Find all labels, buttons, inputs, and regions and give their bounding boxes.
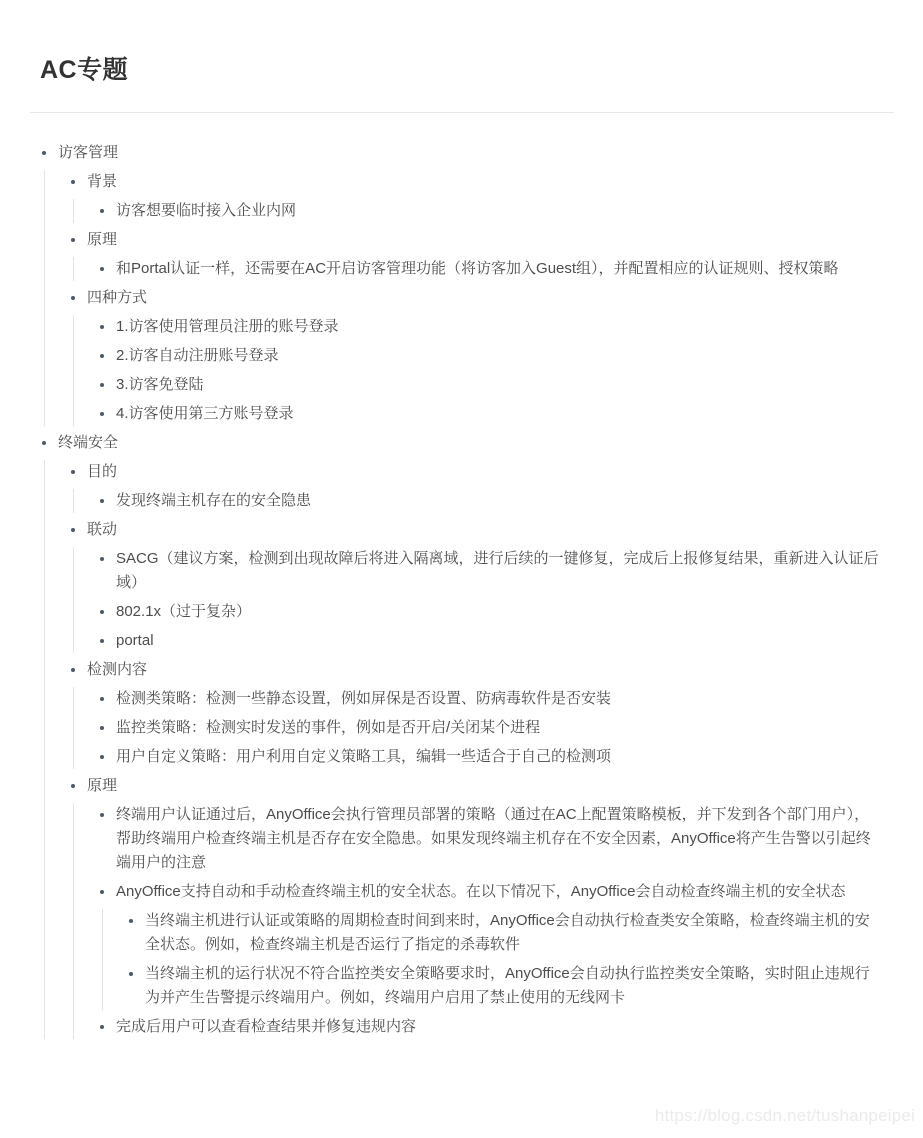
list-item: 802.1x（过于复杂） <box>99 600 883 624</box>
list-item-text: 2.访客自动注册账号登录 <box>116 347 279 364</box>
list-item: 和Portal认证一样，还需要在AC开启访客管理功能（将访客加入Guest组），… <box>99 257 883 281</box>
list-item: 1.访客使用管理员注册的账号登录 <box>99 315 883 339</box>
outline-sublist: 目的发现终端主机存在的安全隐患联动SACG（建议方案，检测到出现故障后将进入隔离… <box>44 460 883 1039</box>
title-divider <box>30 112 894 113</box>
list-item: 联动SACG（建议方案，检测到出现故障后将进入隔离域，进行后续的一键修复，完成后… <box>70 518 883 653</box>
list-item-text: AnyOffice支持自动和手动检查终端主机的安全状态。在以下情况下，AnyOf… <box>116 883 846 900</box>
outline-sublist: 当终端主机进行认证或策略的周期检查时间到来时，AnyOffice会自动执行检查类… <box>102 909 883 1010</box>
list-item: 访客想要临时接入企业内网 <box>99 199 883 223</box>
list-item: portal <box>99 629 883 653</box>
outline-sublist: 访客想要临时接入企业内网 <box>73 199 883 223</box>
list-item: 当终端主机的运行状况不符合监控类安全策略要求时，AnyOffice会自动执行监控… <box>128 962 883 1010</box>
list-item-text: 1.访客使用管理员注册的账号登录 <box>116 318 339 335</box>
list-item-text: 发现终端主机存在的安全隐患 <box>116 492 311 509</box>
list-item-text: 联动 <box>87 521 117 538</box>
list-item: 目的发现终端主机存在的安全隐患 <box>70 460 883 513</box>
list-item-text: 检测内容 <box>87 661 147 678</box>
outline-sublist: SACG（建议方案，检测到出现故障后将进入隔离域，进行后续的一键修复，完成后上报… <box>73 547 883 653</box>
outline-sublist: 和Portal认证一样，还需要在AC开启访客管理功能（将访客加入Guest组），… <box>73 257 883 281</box>
outline-sublist: 背景访客想要临时接入企业内网原理和Portal认证一样，还需要在AC开启访客管理… <box>44 170 883 426</box>
list-item-text: 原理 <box>87 777 117 794</box>
list-item: 监控类策略：检测实时发送的事件，例如是否开启/关闭某个进程 <box>99 716 883 740</box>
list-item-text: 和Portal认证一样，还需要在AC开启访客管理功能（将访客加入Guest组），… <box>116 260 839 277</box>
list-item: 3.访客免登陆 <box>99 373 883 397</box>
list-item-text: 4.访客使用第三方账号登录 <box>116 405 294 422</box>
list-item: 检测类策略：检测一些静态设置，例如屏保是否设置、防病毒软件是否安装 <box>99 687 883 711</box>
list-item: 终端安全目的发现终端主机存在的安全隐患联动SACG（建议方案，检测到出现故障后将… <box>41 431 883 1039</box>
list-item: 访客管理背景访客想要临时接入企业内网原理和Portal认证一样，还需要在AC开启… <box>41 141 883 426</box>
list-item-text: 目的 <box>87 463 117 480</box>
outline-sublist: 发现终端主机存在的安全隐患 <box>73 489 883 513</box>
list-item-text: 终端安全 <box>58 434 118 451</box>
list-item-text: 终端用户认证通过后，AnyOffice会执行管理员部署的策略（通过在AC上配置策… <box>116 806 871 871</box>
list-item-text: SACG（建议方案，检测到出现故障后将进入隔离域，进行后续的一键修复，完成后上报… <box>116 550 879 591</box>
watermark-url: https://blog.csdn.net/tushanpeipei <box>655 1106 915 1126</box>
list-item: 背景访客想要临时接入企业内网 <box>70 170 883 223</box>
list-item: 4.访客使用第三方账号登录 <box>99 402 883 426</box>
list-item-text: 当终端主机的运行状况不符合监控类安全策略要求时，AnyOffice会自动执行监控… <box>145 965 870 1006</box>
list-item-text: 四种方式 <box>87 289 147 306</box>
list-item-text: portal <box>116 632 154 649</box>
list-item-text: 当终端主机进行认证或策略的周期检查时间到来时，AnyOffice会自动执行检查类… <box>145 912 870 953</box>
list-item-text: 用户自定义策略：用户利用自定义策略工具，编辑一些适合于自己的检测项 <box>116 748 611 765</box>
outline-sublist: 检测类策略：检测一些静态设置，例如屏保是否设置、防病毒软件是否安装监控类策略：检… <box>73 687 883 769</box>
outline-sublist: 终端用户认证通过后，AnyOffice会执行管理员部署的策略（通过在AC上配置策… <box>73 803 883 1039</box>
list-item-text: 监控类策略：检测实时发送的事件，例如是否开启/关闭某个进程 <box>116 719 540 736</box>
list-item: 完成后用户可以查看检查结果并修复违规内容 <box>99 1015 883 1039</box>
outline-sublist: 1.访客使用管理员注册的账号登录2.访客自动注册账号登录3.访客免登陆4.访客使… <box>73 315 883 426</box>
list-item: 发现终端主机存在的安全隐患 <box>99 489 883 513</box>
list-item-text: 完成后用户可以查看检查结果并修复违规内容 <box>116 1018 416 1035</box>
list-item: SACG（建议方案，检测到出现故障后将进入隔离域，进行后续的一键修复，完成后上报… <box>99 547 883 595</box>
list-item-text: 802.1x（过于复杂） <box>116 603 251 620</box>
list-item-text: 原理 <box>87 231 117 248</box>
list-item: 原理和Portal认证一样，还需要在AC开启访客管理功能（将访客加入Guest组… <box>70 228 883 281</box>
list-item-text: 访客管理 <box>58 144 118 161</box>
list-item: AnyOffice支持自动和手动检查终端主机的安全状态。在以下情况下，AnyOf… <box>99 880 883 1010</box>
list-item-text: 访客想要临时接入企业内网 <box>116 202 296 219</box>
list-item: 用户自定义策略：用户利用自定义策略工具，编辑一些适合于自己的检测项 <box>99 745 883 769</box>
list-item: 四种方式1.访客使用管理员注册的账号登录2.访客自动注册账号登录3.访客免登陆4… <box>70 286 883 426</box>
list-item: 终端用户认证通过后，AnyOffice会执行管理员部署的策略（通过在AC上配置策… <box>99 803 883 875</box>
outline-list: 访客管理背景访客想要临时接入企业内网原理和Portal认证一样，还需要在AC开启… <box>41 141 883 1039</box>
list-item: 检测内容检测类策略：检测一些静态设置，例如屏保是否设置、防病毒软件是否安装监控类… <box>70 658 883 769</box>
list-item-text: 3.访客免登陆 <box>116 376 204 393</box>
list-item-text: 背景 <box>87 173 117 190</box>
article-page: AC专题 访客管理背景访客想要临时接入企业内网原理和Portal认证一样，还需要… <box>0 0 923 1138</box>
list-item: 当终端主机进行认证或策略的周期检查时间到来时，AnyOffice会自动执行检查类… <box>128 909 883 957</box>
list-item-text: 检测类策略：检测一些静态设置，例如屏保是否设置、防病毒软件是否安装 <box>116 690 611 707</box>
list-item: 原理终端用户认证通过后，AnyOffice会执行管理员部署的策略（通过在AC上配… <box>70 774 883 1039</box>
page-title: AC专题 <box>0 0 923 86</box>
list-item: 2.访客自动注册账号登录 <box>99 344 883 368</box>
